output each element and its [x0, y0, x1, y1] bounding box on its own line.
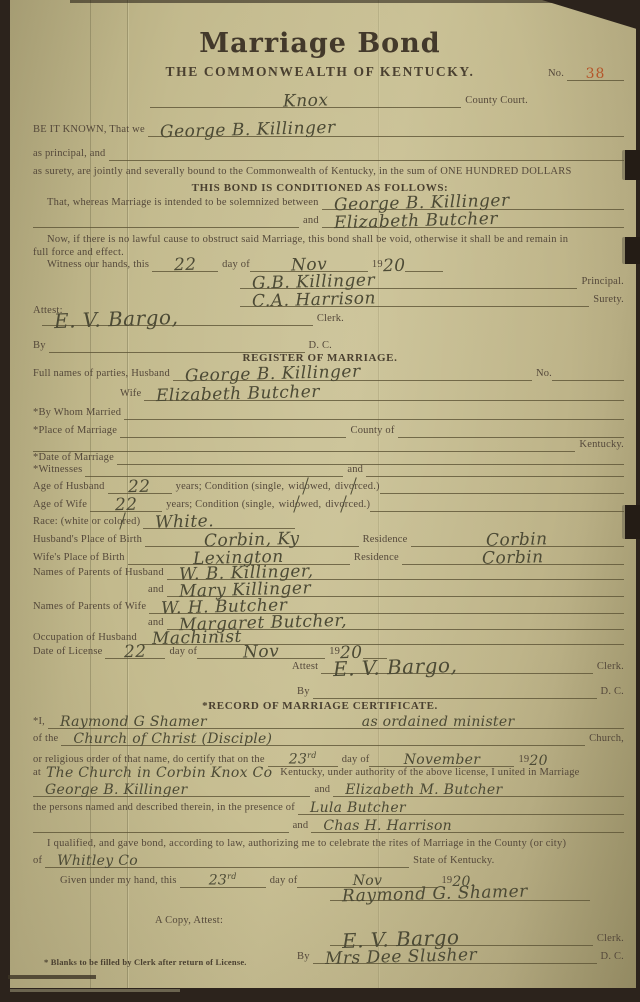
of-the-label: of the — [33, 733, 61, 746]
age-of-husband-label: Age of Husband — [33, 481, 108, 494]
certificate-bride-entry: Elizabeth M. Butcher — [345, 785, 502, 796]
void-clause-line2: full force and effect. — [33, 247, 624, 258]
by-whom-married-label: *By Whom Married — [33, 407, 124, 420]
principal-label: Principal. — [577, 276, 624, 289]
ceremony-place-entry: The Church in Corbin Knox Co — [44, 768, 280, 780]
condition-prefix-wife: years; Condition (single, — [162, 499, 275, 512]
binding-notch — [622, 237, 640, 264]
church-row: of the Church of Christ (Disciple) Churc… — [33, 733, 624, 746]
occupation-entry: Machinist — [152, 632, 242, 645]
and-label-hm: and — [148, 584, 167, 597]
of-label: of — [33, 855, 45, 868]
document-number-value: 38 — [586, 69, 606, 80]
principal-name-entry: George B. Killinger — [160, 123, 336, 139]
husband-mother-row: and Mary Killinger — [148, 584, 624, 597]
wife-name-row: Wife Elizabeth Butcher — [120, 388, 624, 401]
commonwealth-heading: THE COMMONWEALTH OF KENTUCKY. — [0, 64, 640, 80]
as-principal-row: as principal, and — [33, 148, 624, 161]
age-of-wife-label: Age of Wife — [33, 499, 90, 512]
and-label: and — [299, 215, 322, 228]
united-and-label: and — [310, 784, 333, 797]
condition-divorced: divorced.) — [331, 481, 380, 494]
register-wife-name: Elizabeth Butcher — [156, 387, 320, 402]
document-number-row: No. 38 — [548, 68, 624, 81]
full-names-label: Full names of parties, Husband — [33, 368, 173, 381]
husband-birth-label: Husband's Place of Birth — [33, 534, 145, 547]
register-by-label: By — [297, 686, 313, 699]
state-label: State of Kentucky. — [409, 855, 494, 868]
deputy-clerk-signature: Mrs Dee Slusher — [325, 950, 477, 965]
authority-clause: Kentucky, under authority of the above l… — [280, 767, 582, 780]
witness-hands-row: Witness our hands, this 22 day of Nov 19… — [33, 259, 520, 272]
void-clause-line1: Now, if there is no lawful cause to obst… — [33, 234, 624, 245]
certificate-dc-label: D. C. — [597, 951, 624, 964]
residence-label-wife: Residence — [350, 552, 402, 565]
witness-month-entry: Nov — [291, 260, 327, 272]
ceremony-place-row: at The Church in Corbin Knox Co Kentucky… — [33, 767, 624, 780]
race-colored: colored) — [104, 516, 144, 529]
ceremony-witness2-entry: Chas H. Harrison — [323, 821, 452, 832]
scanned-marriage-bond-document: { "header": { "title": "Marriage Bond", … — [0, 0, 640, 1002]
wife-residence-entry: Corbin — [482, 552, 544, 565]
church-name-entry: Church of Christ (Disciple) — [73, 734, 272, 745]
wife-label: Wife — [120, 388, 144, 401]
given-day-entry: 23 — [209, 873, 227, 889]
given-day-of-label: day of — [266, 875, 298, 888]
witness-label: Witness our hands, this — [33, 259, 152, 272]
register-attest-row: Attest E. V. Bargo, Clerk. — [292, 661, 624, 674]
age-of-wife-row: Age of Wife 22 years; Condition (single,… — [33, 499, 624, 512]
register-dc-label: D. C. — [597, 686, 624, 699]
given-day-suffix: rd — [227, 872, 237, 881]
register-no-label: No. — [532, 368, 552, 381]
bond-county-row: of Whitley Co State of Kentucky. — [33, 855, 624, 868]
principal-signature: G.B. Killinger — [252, 275, 375, 289]
date-of-license-label: Date of License — [33, 646, 105, 659]
husband-birth-row: Husband's Place of Birth Corbin, Ky Resi… — [33, 534, 624, 547]
binding-notch — [622, 150, 640, 180]
presence-label: the persons named and described therein,… — [33, 802, 298, 815]
ceremony-day-entry: 23 — [289, 752, 307, 768]
age-of-husband-row: Age of Husband 22 years; Condition (sing… — [33, 481, 624, 494]
parents-of-wife-label: Names of Parents of Wife — [33, 601, 149, 614]
register-husband-name: George B. Killinger — [185, 367, 361, 383]
be-it-known-row: BE IT KNOWN, That we George B. Killinger — [33, 124, 624, 137]
register-attest-label: Attest — [292, 661, 321, 674]
condition-divorced-wife: divorced.) — [321, 499, 370, 512]
minister-row: *I, Raymond G Shamer as ordained ministe… — [33, 716, 624, 729]
be-it-known-label: BE IT KNOWN, That we — [33, 124, 148, 137]
day-of-label: day of — [218, 259, 250, 272]
document-title: Marriage Bond — [0, 28, 640, 59]
wife-birth-row: Wife's Place of Birth Lexington Residenc… — [33, 552, 624, 565]
witness2-row: and Chas H. Harrison — [33, 820, 624, 833]
certify-day-of-label: day of — [338, 754, 370, 767]
race-prefix: Race: (white or — [33, 516, 104, 529]
kentucky-row: Kentucky. — [33, 439, 624, 452]
county-court-label: County Court. — [461, 95, 528, 108]
place-of-marriage-row: *Place of Marriage County of — [33, 425, 624, 438]
principal-signature-row: G.B. Killinger Principal. — [240, 276, 624, 289]
register-clerk-label: Clerk. — [593, 661, 624, 674]
condition-widowed-wife: widowed, — [275, 499, 322, 512]
husband-age-entry: 22 — [128, 482, 151, 494]
license-day-of-label: day of — [165, 646, 197, 659]
license-month-entry: Nov — [243, 647, 279, 659]
occupation-row: Occupation of Husband Machinist — [33, 632, 624, 645]
witness-year-entry: 20 — [383, 261, 406, 273]
bride-row: and Elizabeth Butcher — [33, 215, 624, 228]
register-clerk-signature: E. V. Bargo, — [333, 660, 458, 675]
bond-county-entry: Whitley Co — [57, 856, 138, 867]
witnesses-label: *Witnesses — [33, 464, 85, 477]
bond-clerk-row: E. V. Bargo, Clerk. — [42, 313, 344, 326]
ceremony-year-entry: 20 — [529, 756, 547, 767]
at-label: at — [33, 767, 44, 780]
condition-widowed: widowed, — [284, 481, 331, 494]
parents-of-husband-label: Names of Parents of Husband — [33, 567, 167, 580]
presence-row: the persons named and described therein,… — [33, 802, 624, 815]
ceremony-year-prefix: 19 — [514, 754, 529, 767]
clerk-label: Clerk. — [313, 313, 344, 326]
witnesses-and-label: and — [343, 464, 366, 477]
copy-attest-label: A Copy, Attest: — [155, 915, 624, 926]
ceremony-witness1-entry: Lula Butcher — [310, 803, 406, 814]
footnote: * Blanks to be filled by Clerk after ret… — [44, 957, 247, 967]
parents-of-husband-row: Names of Parents of Husband W. B. Killin… — [33, 567, 624, 580]
county-of-label: County of — [346, 425, 397, 438]
wife-age-entry: 22 — [115, 500, 138, 512]
certificate-clerk-signature: E. V. Bargo — [342, 932, 460, 947]
given-label: Given under my hand, this — [60, 875, 180, 888]
church-label: Church, — [585, 733, 624, 746]
county-name-entry: Knox — [283, 95, 329, 107]
ceremony-month-entry: November — [404, 755, 481, 766]
certificate-heading: *RECORD OF MARRIAGE CERTIFICATE. — [0, 700, 640, 712]
wife-birth-label: Wife's Place of Birth — [33, 552, 128, 565]
by-whom-married-row: *By Whom Married — [33, 407, 624, 420]
bride-name-entry: Elizabeth Butcher — [334, 214, 498, 229]
witness2-and-label: and — [289, 820, 312, 833]
certificate-groom-entry: George B. Killinger — [45, 785, 188, 796]
i-label: *I, — [33, 716, 48, 729]
kentucky-label: Kentucky. — [575, 439, 624, 452]
number-label: No. — [548, 68, 567, 81]
certificate-by-label: By — [297, 951, 313, 964]
race-row: Race: (white or colored) White. — [33, 516, 624, 529]
as-principal-label: as principal, and — [33, 148, 109, 161]
witness-day-entry: 22 — [174, 260, 197, 272]
condition-prefix: years; Condition (single, — [172, 481, 285, 494]
race-entry: White. — [155, 516, 214, 529]
place-of-marriage-label: *Place of Marriage — [33, 425, 120, 438]
bond-clerk-signature: E. V. Bargo, — [54, 312, 179, 327]
residence-label-husband: Residence — [359, 534, 411, 547]
witnesses-row: *Witnesses and — [33, 464, 624, 477]
husband-name-row: Full names of parties, Husband George B.… — [33, 368, 624, 381]
minister-signature-row: Raymond G. Shamer — [330, 889, 590, 901]
ceremony-day-suffix: rd — [307, 751, 317, 760]
husband-residence-entry: Corbin — [486, 534, 548, 547]
qualified-clause: I qualified, and gave bond, according to… — [33, 838, 624, 849]
solemnized-row: That, whereas Marriage is intended to be… — [33, 197, 624, 210]
husband-birthplace-entry: Corbin, Ky — [204, 534, 300, 548]
register-by-row: By D. C. — [297, 686, 624, 699]
minister-signature: Raymond G. Shamer — [342, 887, 528, 903]
minister-name-entry: Raymond G Shamer — [60, 717, 207, 728]
printer-mark — [8, 975, 96, 979]
county-court-row: Knox County Court. — [150, 95, 528, 108]
sheet-below-edge — [10, 989, 180, 992]
conditioned-heading: THIS BOND IS CONDITIONED AS FOLLOWS: — [0, 182, 640, 194]
solemnized-label: That, whereas Marriage is intended to be… — [33, 197, 322, 210]
certificate-clerk-label: Clerk. — [593, 933, 624, 946]
united-names-row: George B. Killinger and Elizabeth M. But… — [33, 784, 624, 797]
surety-clause: as surety, are jointly and severally bou… — [33, 166, 624, 177]
license-day-entry: 22 — [124, 647, 147, 659]
ordained-entry: as ordained minister — [362, 717, 515, 728]
certificate-clerk-row: E. V. Bargo Clerk. — [330, 933, 624, 946]
certificate-by-row: By Mrs Dee Slusher D. C. — [297, 951, 624, 964]
binding-notch — [622, 505, 640, 539]
